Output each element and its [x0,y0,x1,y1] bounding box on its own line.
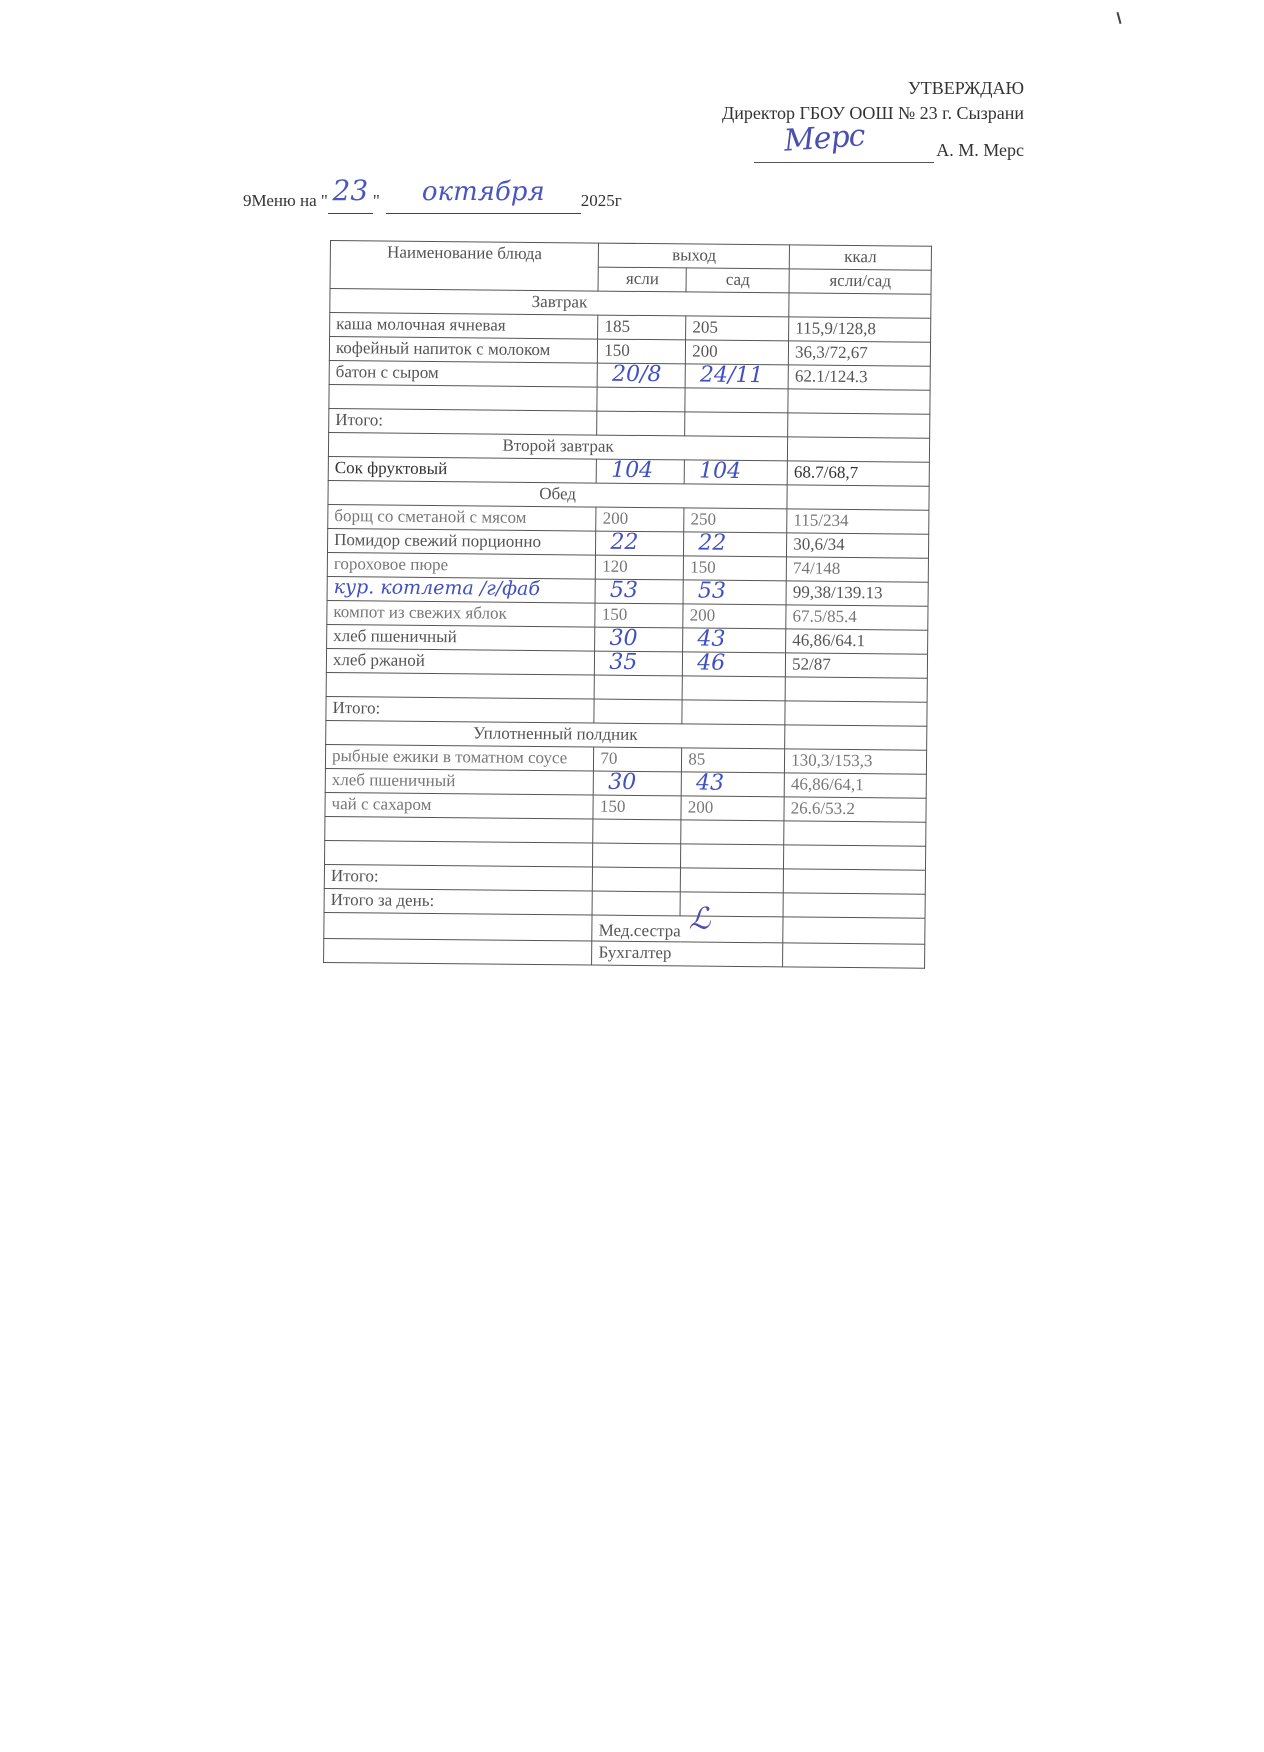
nurse-signature: ℒ [689,901,711,936]
menu-month: октября [422,177,545,207]
garden-output: 43 [683,628,786,653]
garden-output: 43 [681,772,784,797]
kcal-value: 30,6/34 [787,533,929,558]
accountant-row: Бухгалтер [324,938,925,968]
dish-name: Сок фруктовый [328,456,597,483]
garden-output: 200 [686,340,789,365]
kcal-value: 68.7/68,7 [787,461,929,486]
day-total-label: Итого за день: [324,888,593,915]
nurse-label: Мед.сестра [599,921,681,941]
approval-signature-row: МерсА. М. Мерс [722,138,1024,163]
nursery-output: 20/8 [597,363,685,388]
kcal-value: 46,86/64.1 [786,629,928,654]
nursery-output: 30 [594,771,682,796]
dish-name: гороховое пюре [327,552,596,579]
menu-date-quote: " [373,191,380,210]
menu-day: 23 [333,174,369,207]
garden-output: 205 [686,316,789,341]
dish-name: рыбные ежики в томатном соусе [325,744,594,771]
nursery-output: 30 [595,627,683,652]
dish-name: хлеб ржаной [326,648,595,675]
kcal-value: 67.5/85.4 [786,605,928,630]
dish-name: кофейный напиток с молоком [329,337,598,364]
garden-output: 200 [683,604,786,629]
garden-output: 104 [684,460,787,485]
kcal-value: 26.6/53.2 [784,797,926,822]
garden-output: 53 [683,580,786,605]
nursery-output: 150 [593,795,681,820]
nursery-output: 200 [596,507,684,532]
total-label: Итого: [324,864,593,891]
dish-name: Помидор свежий порционно [328,528,597,555]
kcal-value: 115,9/128,8 [789,317,931,342]
approval-block: УТВЕРЖДАЮ Директор ГБОУ ООШ № 23 г. Сызр… [722,76,1024,163]
kcal-value: 62.1/124.3 [788,365,930,390]
nursery-output: 53 [595,579,683,604]
garden-output: 22 [684,532,787,557]
menu-date-prefix: 9Меню на " [243,191,328,210]
nursery-output: 22 [596,531,684,556]
dish-name: компот из свежих яблок [327,600,596,627]
menu-table: Наименование блюда выход ккал ясли сад я… [323,240,932,969]
dish-name: хлеб пшеничный [327,624,596,651]
nursery-output: 120 [596,555,684,580]
menu-day-field: 23 [328,180,373,214]
garden-output: 46 [683,652,786,677]
total-label: Итого: [329,408,598,435]
header-output: выход [599,243,790,269]
garden-output: 24/11 [685,364,788,389]
kcal-value: 130,3/153,3 [785,749,927,774]
kcal-value: 74/148 [786,557,928,582]
header-garden: сад [686,268,789,293]
nursery-output: 150 [595,603,683,628]
garden-output: 250 [684,508,787,533]
approval-position: Директор ГБОУ ООШ № 23 г. Сызрани [722,101,1024,126]
director-name: А. М. Мерс [936,140,1024,160]
kcal-value: 115/234 [787,509,929,534]
dish-name: каша молочная ячневая [330,313,599,340]
menu-month-field: октября [386,183,581,214]
director-signature: Мерс [783,123,865,154]
scan-mark [1116,12,1121,24]
kcal-value: 99,38/139.13 [786,581,928,606]
header-nursery: ясли [598,267,686,292]
nursery-output: 150 [598,339,686,364]
header-kcal-sub: ясли/сад [789,269,931,294]
header-dish-name: Наименование блюда [330,241,599,292]
total-label: Итого: [326,696,595,723]
kcal-value: 46,86/64,1 [784,773,926,798]
accountant-label: Бухгалтер [592,941,783,967]
nursery-output: 70 [594,747,682,772]
menu-date: 9Меню на "23"октября2025г [243,180,622,214]
kcal-value: 52/87 [785,653,927,678]
garden-output: 150 [684,556,787,581]
dish-name: кур. котлета /г/фаб [327,576,596,603]
nurse-cell: Мед.сестраℒ [592,915,783,943]
approval-title: УТВЕРЖДАЮ [722,76,1024,101]
header-kcal: ккал [789,245,931,270]
nursery-output: 104 [597,459,685,484]
dish-name: хлеб пшеничный [325,768,594,795]
nursery-output: 185 [598,315,686,340]
header-row: Наименование блюда выход ккал [330,241,931,271]
garden-output: 200 [681,796,784,821]
dish-name: батон с сыром [329,360,598,387]
dish-name: чай с сахаром [325,792,594,819]
garden-output: 85 [682,748,785,773]
dish-name: борщ со сметаной с мясом [328,504,597,531]
kcal-value: 36,3/72,67 [788,341,930,366]
menu-year: 2025г [581,191,622,210]
signature-line: Мерс [754,140,934,163]
nursery-output: 35 [595,651,683,676]
